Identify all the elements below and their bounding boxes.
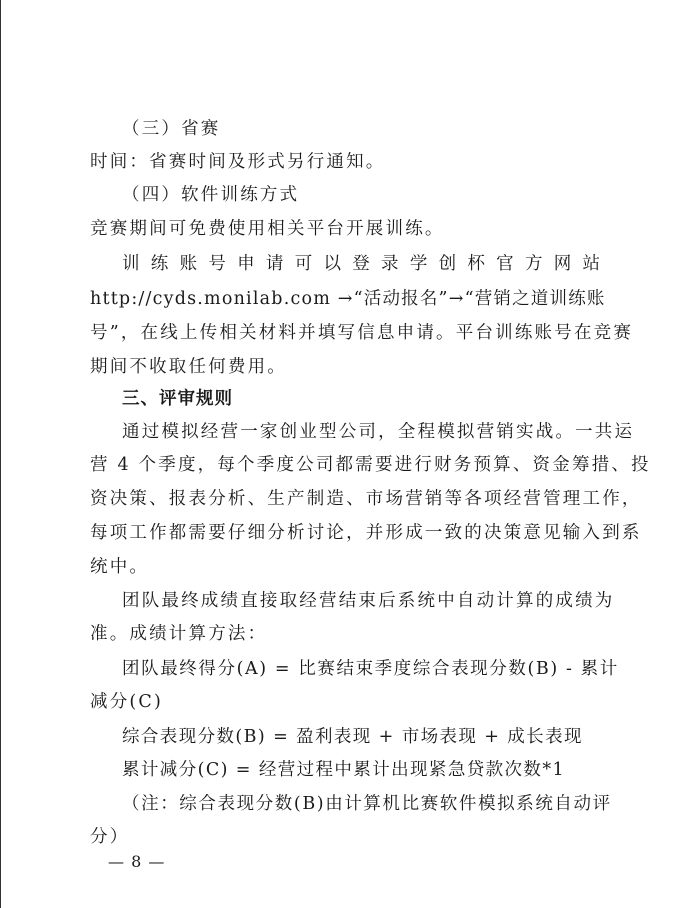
section-4-paragraph-2-line-3: 号”，在线上传相关材料并填写信息申请。平台训练账号在竞赛 xyxy=(90,321,633,345)
char: 官 xyxy=(496,252,514,276)
note-line-2: 分） xyxy=(90,825,129,849)
rules-paragraph-1-line-4: 每项工作都需要仔细分析讨论，并形成一致的决策意见输入到系 xyxy=(90,521,642,545)
char: 请 xyxy=(266,252,284,276)
char: 方 xyxy=(525,252,543,276)
page-border xyxy=(0,0,1,908)
rules-paragraph-2-line-2: 准。成绩计算方法： xyxy=(90,622,267,646)
char: 创 xyxy=(439,252,457,276)
page-number: — 8 — xyxy=(108,852,165,871)
formula-c: 累计减分(C) = 经营过程中累计出现紧急贷款次数*1 xyxy=(122,758,565,782)
formula-a-line-1: 团队最终得分(A) = 比赛结束季度综合表现分数(B) - 累计 xyxy=(122,657,619,681)
char: 站 xyxy=(583,252,601,276)
section-4-paragraph-2-line-1: 训 练 账 号 申 请 可 以 登 录 学 创 杯 官 方 网 站 xyxy=(122,252,600,276)
rules-paragraph-1-line-1: 通过模拟经营一家创业型公司，全程模拟营销实战。一共运 xyxy=(122,420,634,444)
char: 网 xyxy=(554,252,572,276)
char: 登 xyxy=(352,252,370,276)
section-4-paragraph-2-line-4: 期间不收取任何费用。 xyxy=(90,355,287,379)
char: 号 xyxy=(208,252,226,276)
char: 可 xyxy=(295,252,313,276)
chapter-3-heading: 三、评审规则 xyxy=(122,387,233,411)
section-4-paragraph-1: 竞赛期间可免费使用相关平台开展训练。 xyxy=(90,217,445,241)
char: 申 xyxy=(237,252,255,276)
char: 账 xyxy=(180,252,198,276)
section-3-time: 时间：省赛时间及形式另行通知。 xyxy=(90,150,386,174)
section-4-title: （四）软件训练方式 xyxy=(122,183,299,207)
char: 以 xyxy=(323,252,341,276)
char: 杯 xyxy=(467,252,485,276)
rules-paragraph-1-line-3: 资决策、报表分析、生产制造、市场营销等各项经营管理工作， xyxy=(90,487,642,511)
char: 录 xyxy=(381,252,399,276)
rules-paragraph-1-line-2: 营 4 个季度，每个季度公司都需要进行财务预算、资金筹措、投 xyxy=(90,453,651,477)
section-4-paragraph-2-line-2-url: http://cyds.monilab.com →“活动报名”→“营销之道训练账 xyxy=(90,287,606,311)
rules-paragraph-1-line-5: 统中。 xyxy=(90,555,149,579)
char: 学 xyxy=(410,252,428,276)
char: 练 xyxy=(151,252,169,276)
note-line-1: （注：综合表现分数(B)由计算机比赛软件模拟系统自动评 xyxy=(122,792,612,816)
section-3-title: （三）省赛 xyxy=(122,117,221,141)
char: 训 xyxy=(122,252,140,276)
rules-paragraph-2-line-1: 团队最终成绩直接取经营结束后系统中自动计算的成绩为 xyxy=(122,589,615,613)
formula-b: 综合表现分数(B) = 盈利表现 + 市场表现 + 成长表现 xyxy=(122,725,583,749)
formula-a-line-2: 减分(C) xyxy=(90,690,163,714)
